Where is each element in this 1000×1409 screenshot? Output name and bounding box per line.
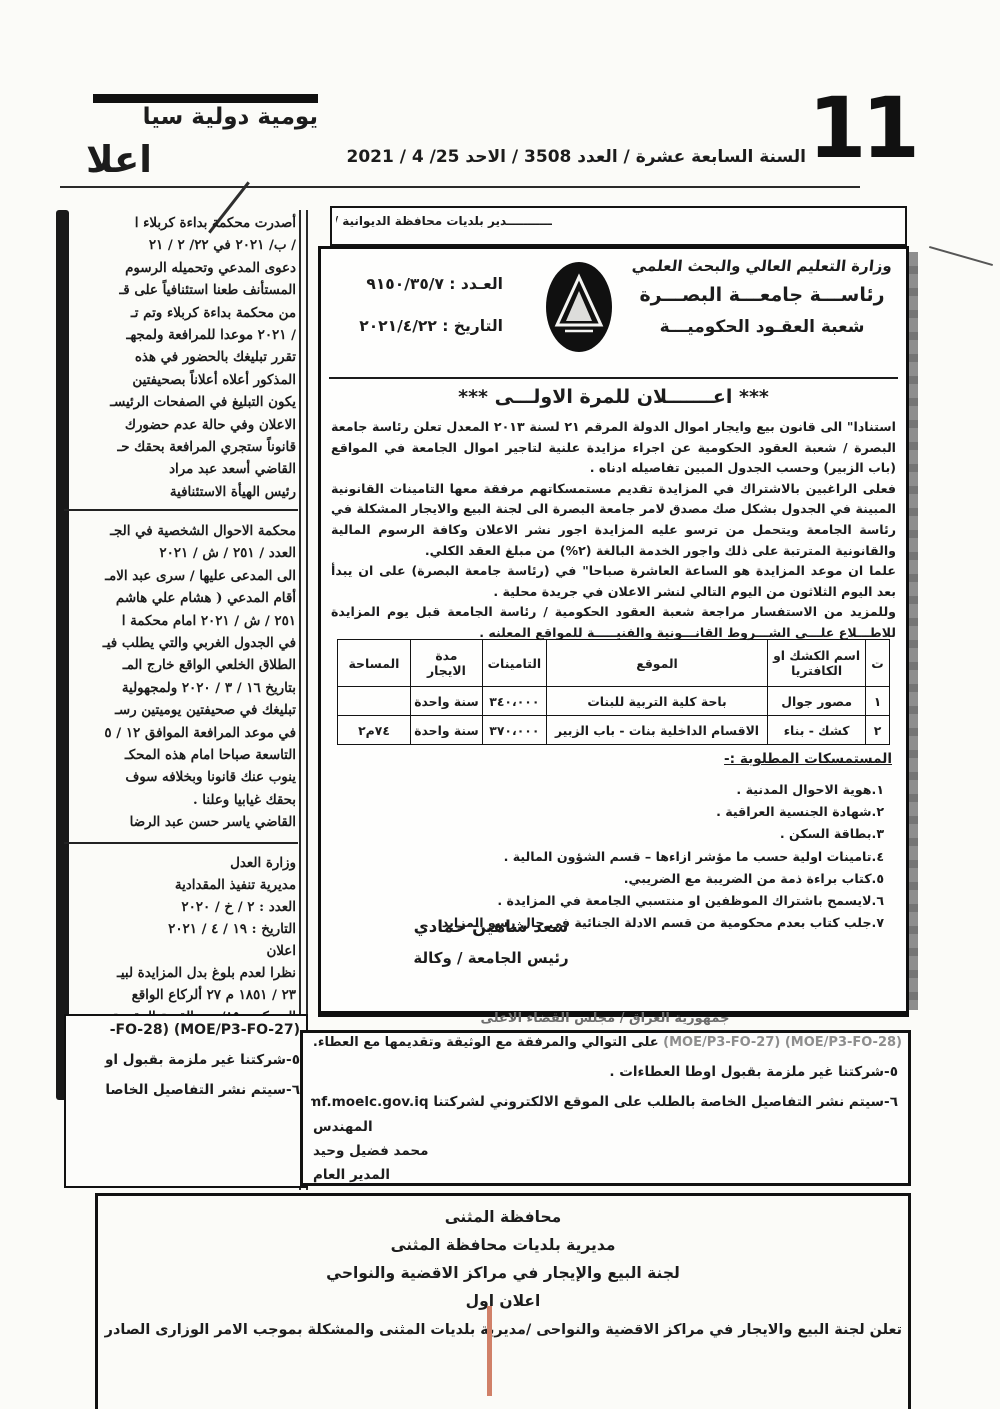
text-line: ٣.بطاقة السكن . <box>441 823 884 845</box>
text-line: الطلاق الخلعي الواقع خارج المـ <box>72 654 296 676</box>
required-documents-title: المستمسكات المطلوبة :- <box>724 751 892 767</box>
text-line: الاعلان وفي حالة عدم حضورك <box>72 414 296 436</box>
issue-line: السنة السابعة عشرة / العدد 3508 / الاحد … <box>340 147 806 167</box>
text-line: وزارة العدل <box>72 852 296 874</box>
text-line: العدد / ٢٥١ / ش / ٢٠٢١ <box>72 542 296 564</box>
university-auction-ad: وزارة التعليم العالي والبحث العلمي رئاسـ… <box>318 246 909 1017</box>
signature-block: المهندسمحمد فضيل وحيدالمدير العام <box>313 1115 473 1187</box>
text-line: محمد فضيل وحيد <box>313 1139 473 1163</box>
cell-area <box>338 687 411 716</box>
text-line: رئيس الهيأة الاستئنافية <box>72 481 296 503</box>
document-codes-text: (MOE/P3-FO-28) (MOE/P3-FO-27) <box>663 1035 902 1050</box>
scan-fold-strip <box>56 210 69 1100</box>
table-row: ١ مصور جوال باحة كلية التربية للبنات ٣٤٠… <box>338 687 890 716</box>
text-line: مديرية بلديات محافظة المثنى <box>98 1231 908 1259</box>
red-pen-line <box>487 1306 492 1396</box>
required-documents-list: ١.هوية الاحوال المدنية .٢.شهادة الجنسية … <box>441 779 884 934</box>
text-line: نظرا لعدم بلوغ بدل المزايدة لبيـ <box>72 962 296 984</box>
masthead-bar <box>93 94 318 103</box>
text-line: يكون التبليغ في الصفحات الرئيسـ <box>72 391 296 413</box>
judiciary-faint-line: جمهورية العراق / مجلس القضاء الاعلى <box>390 1011 820 1026</box>
col-lease-term: مدة الايجار <box>410 640 482 687</box>
document-codes-text: -FO-28) (MOE/P3-FO-27) <box>70 1022 300 1038</box>
text-line: العدد : ٢ / خ / ٢٠٢٠ <box>72 896 296 918</box>
text-line: المذكور أعلاه أعلاناً بصحيفتين <box>72 369 296 391</box>
text-line: / ب/ ٢٠٢١ في ٢٢/ ٢ / ٢١ <box>72 234 296 256</box>
tender-condition-5: ٥-شركتنا غير ملزمة بقبول اوطا العطاءات . <box>609 1064 898 1080</box>
page-number: 11 <box>808 86 915 170</box>
text-line: ١.هوية الاحوال المدنية . <box>441 779 884 801</box>
column-section-divider <box>64 842 298 844</box>
text-line: تقرر تبليغك بالحضور في هذه <box>72 346 296 368</box>
department-name: شعبة العقـود الحكوميـــة <box>626 317 898 337</box>
text-line: قانوناً ستجري المرافعة بحقك حـ <box>72 436 296 458</box>
text-line: محكمة الاحوال الشخصية في الجـ <box>72 520 296 542</box>
personal-status-court-announcement: محكمة الاحوال الشخصية في الجـالعدد / ٢٥١… <box>72 520 296 834</box>
company-tender-ad: (MOE/P3-FO-28) (MOE/P3-FO-27) على التوال… <box>300 1030 911 1186</box>
text-line: استنادا" الى قانون بيع وايجار اموال الدو… <box>331 417 896 479</box>
justice-ministry-announcement: وزارة العدلمديرية تنفيذ المقداديةالعدد :… <box>72 852 296 1028</box>
university-logo-icon <box>545 261 613 353</box>
col-kiosk-name: اسم الكشك او الكافتريا <box>768 640 866 687</box>
auction-table: ت اسم الكشك او الكافتريا الموقع التامينا… <box>337 639 890 745</box>
cell-lease-term: سنة واحدة <box>410 716 482 745</box>
col-area: المساحة <box>338 640 411 687</box>
text-line: بتاريخ ١٦ / ٣ / ٢٠٢٠ ولمجهولية <box>72 677 296 699</box>
reference-number: العـدد : ٩١٥٠/٣٥/٧ <box>335 275 503 293</box>
cell-deposit: ٣٧٠،٠٠٠ <box>482 716 546 745</box>
text-line: مديرية تنفيذ المقدادية <box>72 874 296 896</box>
announcement-title: *** اعـــــــلان للمرة الاولـــى *** <box>321 386 906 408</box>
muthanna-header-lines: محافظة المثنىمديرية بلديات محافظة المثنى… <box>98 1203 908 1315</box>
text-line: أقام المدعي ( هشام علي هاشم <box>72 587 296 609</box>
cell-deposit: ٣٤٠،٠٠٠ <box>482 687 546 716</box>
strip-remnant-text: ـــــــــــدير بلديات محافظة الديوانية /… <box>336 214 552 228</box>
text-line: ٦.لايسمح باشتراك الموظفين او منتسبي الجا… <box>441 890 884 912</box>
muthanna-governorate-ad: محافظة المثنىمديرية بلديات محافظة المثنى… <box>95 1193 911 1409</box>
ads-section-word: اعلا <box>60 138 152 181</box>
text-line: بحقك غيابيا وعلنا . <box>72 789 296 811</box>
text-line: أصدرت محكمة بداءة كربلاء ا <box>72 212 296 234</box>
text-line: التاسعة صباحا امام هذه المحكـ <box>72 744 296 766</box>
text-line: ٢٣ / ١٨٥١ م ٢٧ ألركاع الواقع <box>72 984 296 1006</box>
text-line: اعلان <box>72 940 296 962</box>
ministry-name: وزارة التعليم العالي والبحث العلمي <box>625 257 899 275</box>
cell-location: الاقسام الداخلية بنات - باب الزبير <box>546 716 767 745</box>
signatory-name: سعد شاهين حمادي <box>391 917 591 936</box>
text-line: في الجدول الغربي والتي يطلب فيـ <box>72 632 296 654</box>
column-section-divider <box>64 509 298 511</box>
text-line: ٥.كتاب براءة ذمة من الضريبة مع الضريبي. <box>441 868 884 890</box>
cell-kiosk-name: كشك - بناء <box>768 716 866 745</box>
text-line: ينوب عنك قانونا وبخلافه سوف <box>72 766 296 788</box>
court-announcement-karbala: أصدرت محكمة بداءة كربلاء ا/ ب/ ٢٠٢١ في ٢… <box>72 212 296 503</box>
text-line: المستأنف طعنا استئنافياً على قـ <box>72 279 296 301</box>
text-line: لجنة البيع والإيجار في مراكز الاقضية وال… <box>98 1259 908 1287</box>
text-line: المهندس <box>313 1115 473 1139</box>
cell-serial: ١ <box>866 687 890 716</box>
letterhead-right: وزارة التعليم العالي والبحث العلمي رئاسـ… <box>626 257 898 337</box>
table-header-row: ت اسم الكشك او الكافتريا الموقع التامينا… <box>338 640 890 687</box>
tender-condition-6-with-url: ٦-سيتم نشر التفاصيل الخاصة بالطلب على ال… <box>311 1094 898 1110</box>
col-deposit: التامينات <box>482 640 546 687</box>
codes-description-text: على التوالي والمرفقة مع الوثيقة وتقديمها… <box>313 1035 663 1050</box>
text-line: المدير العام <box>313 1163 473 1187</box>
text-line: فعلى الراغبين بالاشتراك في المزايدة تقدي… <box>331 479 896 561</box>
cell-location: باحة كلية التربية للبنات <box>546 687 767 716</box>
text-line: الى المدعى عليها / سرى عبد الامـ <box>72 565 296 587</box>
col-location: الموقع <box>546 640 767 687</box>
cell-area: ٧٤م٢ <box>338 716 411 745</box>
text-line: وللمزيد من الاستفسار مراجعة شعبة العقود … <box>331 602 896 643</box>
signatory-title: رئيس الجامعة / وكالة <box>391 949 591 967</box>
company-ad-fragment-box: -FO-28) (MOE/P3-FO-27) ٥-شركتنا غير ملزم… <box>64 1014 308 1188</box>
header-rule <box>60 186 860 188</box>
reference-date: التاريخ : ٢٠٢١/٤/٢٢ <box>335 317 503 335</box>
text-line: من محكمة بداءة كربلاء وتم تـ <box>72 302 296 324</box>
cell-kiosk-name: مصور جوال <box>768 687 866 716</box>
text-line: تبليغك في صحيفتين يوميتين رسـ <box>72 699 296 721</box>
col-serial: ت <box>866 640 890 687</box>
table-row: ٢ كشك - بناء الاقسام الداخلية بنات - باب… <box>338 716 890 745</box>
text-line: ٢٥١ / ش / ٢٠٢١ امام محكمة ا <box>72 610 296 632</box>
cell-lease-term: سنة واحدة <box>410 687 482 716</box>
text-line: في موعد المرافعة الموافق ١٢ / ٥ <box>72 722 296 744</box>
document-codes-line: (MOE/P3-FO-28) (MOE/P3-FO-27) على التوال… <box>309 1035 902 1050</box>
text-line: / ٢٠٢١ موعدا للمرافعة ولمجهـ <box>72 324 296 346</box>
university-name: رئاســـة جامعـــة البصـــرة <box>626 284 898 306</box>
letterhead-divider <box>329 377 898 379</box>
text-line: التاريخ : ١٩ / ٤ / ٢٠٢١ <box>72 918 296 940</box>
text-line: ٢.شهادة الجنسية العراقية . <box>441 801 884 823</box>
newspaper-brand: يومية دولية سيا <box>78 104 318 130</box>
text-line: القاضي أسعد عبد مراد <box>72 458 296 480</box>
text-line: محافظة المثنى <box>98 1203 908 1231</box>
fragment-line: ٥-شركتنا غير ملزمة بقبول او <box>68 1052 300 1068</box>
text-line: اعلان اول <box>98 1287 908 1315</box>
fragment-line: ٦-سيتم نشر التفاصيل الخاصا <box>68 1082 300 1098</box>
muthanna-body-line: تعلن لجنة البيع والايجار في مراكز الاقضي… <box>104 1322 902 1338</box>
announcement-body: استنادا" الى قانون بيع وايجار اموال الدو… <box>331 417 896 644</box>
text-line: دعوى المدعي وتحميله الرسوم <box>72 257 296 279</box>
newspaper-page: يومية دولية سيا اعلا 11 السنة السابعة عش… <box>0 0 1000 1409</box>
text-line: القاضي ياسر حسن عبد الرضا <box>72 811 296 833</box>
letterhead-left: العـدد : ٩١٥٠/٣٥/٧ التاريخ : ٢٠٢١/٤/٢٢ <box>335 275 503 335</box>
cell-serial: ٢ <box>866 716 890 745</box>
signature-block: سعد شاهين حمادي رئيس الجامعة / وكالة <box>391 917 591 967</box>
pen-mark <box>929 246 993 266</box>
text-line: علما ان موعد المزايدة هو الساعة العاشرة … <box>331 561 896 602</box>
text-line: ٤.تامينات اولية حسب ما مؤشر ازاءها – قسم… <box>441 846 884 868</box>
